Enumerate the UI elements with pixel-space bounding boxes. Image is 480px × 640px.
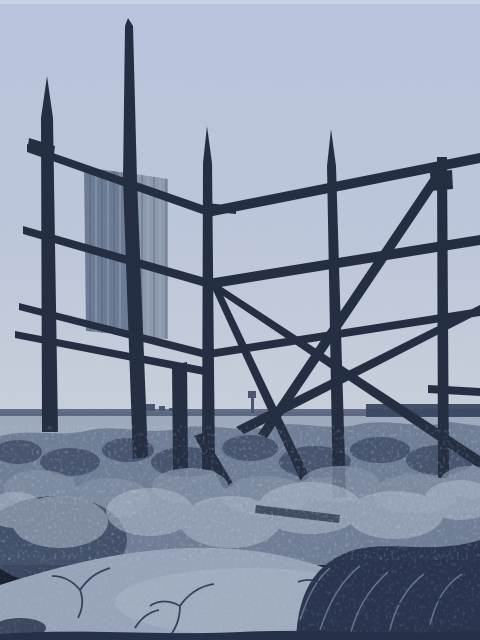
photo-frame bbox=[0, 0, 480, 640]
desert-billboard-photo bbox=[0, 0, 480, 640]
film-grain-overlay bbox=[0, 0, 480, 640]
